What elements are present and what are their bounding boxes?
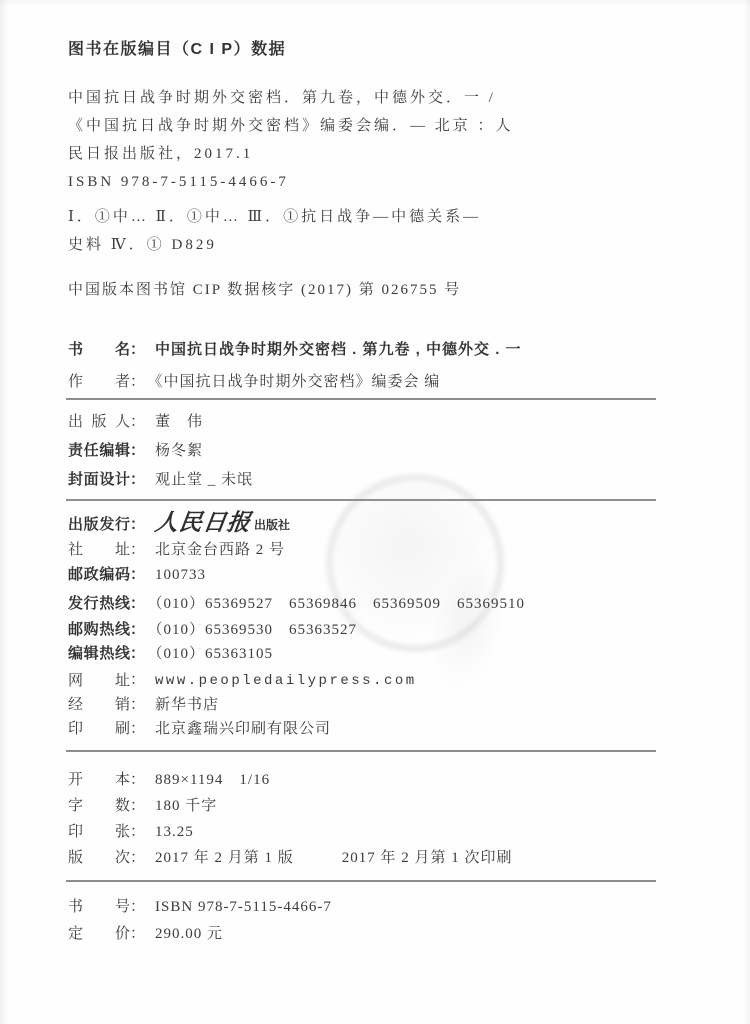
format-row: 开本：889×1194 1/16: [68, 770, 270, 790]
isbn-value: ISBN 978-7-5115-4466-7: [155, 899, 332, 915]
book-title: 中国抗日战争时期外交密档 . 第九卷 , 中德外交 . 一: [155, 341, 522, 358]
colon: ：: [130, 697, 145, 713]
mail-order-hotline-row: 邮购热线：（010）65369530 65363527: [68, 620, 357, 640]
cip-classification-line: 史料 Ⅳ．① D829: [68, 231, 481, 259]
cip-classification: Ⅰ．①中… Ⅱ．①中… Ⅲ．①抗日战争—中德关系— 史料 Ⅳ．① D829: [68, 203, 481, 259]
divider: [66, 880, 656, 882]
colon: ：: [130, 798, 145, 814]
colon: ：: [130, 442, 145, 459]
field-value: 13.25: [155, 824, 194, 840]
distribution-hotline-row: 发行热线：（010）65369527 65369846 65369509 653…: [68, 594, 525, 614]
colon: ：: [130, 595, 145, 612]
edition-row: 版次：2017 年 2 月第 1 版 2017 年 2 月第 1 次印刷: [68, 848, 513, 868]
field-label: 经销: [68, 695, 130, 715]
field-label: 网址: [68, 671, 130, 691]
book-title-row: 书名：中国抗日战争时期外交密档 . 第九卷 , 中德外交 . 一: [68, 340, 522, 360]
postcode-row: 邮政编码：100733: [68, 565, 206, 585]
cip-classification-line: Ⅰ．①中… Ⅱ．①中… Ⅲ．①抗日战争—中德关系—: [68, 203, 481, 231]
price-row: 定价：290.00 元: [68, 924, 223, 944]
field-value: （010）65369527 65369846 65369509 65369510: [155, 596, 525, 612]
colon: ：: [130, 341, 145, 358]
colon: ：: [130, 772, 145, 788]
website-url: www.peopledailypress.com: [155, 673, 417, 689]
field-value: 杨冬絮: [155, 443, 203, 459]
colon: ：: [130, 414, 145, 430]
colon: ：: [130, 566, 145, 583]
field-label: 字数: [68, 796, 130, 816]
field-value: 100733: [155, 567, 206, 583]
colon: ：: [130, 516, 145, 533]
field-label: 邮购热线: [68, 620, 130, 640]
field-label: 书名: [68, 340, 130, 360]
field-label: 印张: [68, 822, 130, 842]
field-label: 开本: [68, 770, 130, 790]
cip-record-line: 《中国抗日战争时期外交密档》编委会编．— 北京 ：人: [68, 112, 514, 140]
editorial-hotline-row: 编辑热线：（010）65363105: [68, 644, 273, 664]
distributor-row: 经销：新华书店: [68, 695, 219, 715]
word-count-row: 字数：180 千字: [68, 796, 217, 816]
press-suffix: 出版社: [254, 518, 290, 532]
field-value: （010）65369530 65363527: [155, 622, 357, 638]
field-label: 发行热线: [68, 594, 130, 614]
website-row: 网址：www.peopledailypress.com: [68, 670, 417, 691]
cip-header: 图书在版编目（C I P）数据: [68, 36, 286, 59]
publisher-person-row: 出版人：董 伟: [68, 412, 203, 432]
field-label: 编辑热线: [68, 644, 130, 664]
divider: [66, 398, 656, 400]
divider: [66, 750, 656, 752]
book-author: 《中国抗日战争时期外交密档》编委会 编: [155, 374, 440, 390]
publisher-row: 出版发行：人民日报出版社: [68, 512, 290, 535]
colon: ：: [130, 850, 145, 866]
field-label: 社址: [68, 540, 130, 560]
field-value: 889×1194 1/16: [155, 772, 270, 788]
isbn-row: 书号：ISBN 978-7-5115-4466-7: [68, 897, 332, 917]
cip-record-line: ISBN 978-7-5115-4466-7: [68, 168, 514, 196]
colon: ：: [130, 926, 145, 942]
field-label: 出版发行: [68, 515, 130, 535]
field-label: 印刷: [68, 719, 130, 739]
colon: ：: [130, 672, 145, 688]
book-author-row: 作者：《中国抗日战争时期外交密档》编委会 编: [68, 372, 440, 392]
field-label: 邮政编码: [68, 565, 130, 585]
field-label: 定价: [68, 924, 130, 944]
field-value: 新华书店: [155, 697, 219, 713]
price-value: 290.00 元: [155, 926, 223, 942]
cover-design-row: 封面设计：观止堂 _ 未氓: [68, 470, 253, 490]
colon: ：: [130, 645, 145, 662]
colon: ：: [130, 374, 145, 390]
sheets-row: 印张：13.25: [68, 822, 194, 842]
cip-record-line: 中国抗日战争时期外交密档．第九卷，中德外交．一 /: [68, 84, 514, 112]
colon: ：: [130, 721, 145, 737]
field-label: 书号: [68, 897, 130, 917]
colophon-page: 图书在版编目（C I P）数据 中国抗日战争时期外交密档．第九卷，中德外交．一 …: [0, 0, 750, 1024]
colon: ：: [130, 899, 145, 915]
field-label: 责任编辑: [68, 441, 130, 461]
field-value: （010）65363105: [155, 646, 273, 662]
field-value: 董 伟: [155, 414, 203, 430]
editor-row: 责任编辑：杨冬絮: [68, 441, 203, 461]
colon: ：: [130, 621, 145, 638]
cip-registry-number: 中国版本图书馆 CIP 数据核字 (2017) 第 026755 号: [68, 278, 461, 299]
field-label: 封面设计: [68, 470, 130, 490]
colon: ：: [130, 471, 145, 488]
field-value: 北京鑫瑞兴印刷有限公司: [155, 721, 331, 737]
field-value: 观止堂 _ 未氓: [155, 472, 253, 488]
peoples-daily-logo: 人民日报: [154, 513, 253, 533]
address-row: 社址：北京金台西路 2 号: [68, 540, 285, 560]
field-value: 180 千字: [155, 798, 217, 814]
field-label: 出版人: [68, 412, 130, 432]
field-value: 2017 年 2 月第 1 版 2017 年 2 月第 1 次印刷: [155, 850, 513, 866]
colon: ：: [130, 824, 145, 840]
colon: ：: [130, 542, 145, 558]
cip-record: 中国抗日战争时期外交密档．第九卷，中德外交．一 / 《中国抗日战争时期外交密档》…: [68, 84, 514, 196]
cip-record-line: 民日报出版社，2017.1: [68, 140, 514, 168]
field-value: 北京金台西路 2 号: [155, 542, 285, 558]
printer-row: 印刷：北京鑫瑞兴印刷有限公司: [68, 719, 331, 739]
field-label: 版次: [68, 848, 130, 868]
field-label: 作者: [68, 372, 130, 392]
